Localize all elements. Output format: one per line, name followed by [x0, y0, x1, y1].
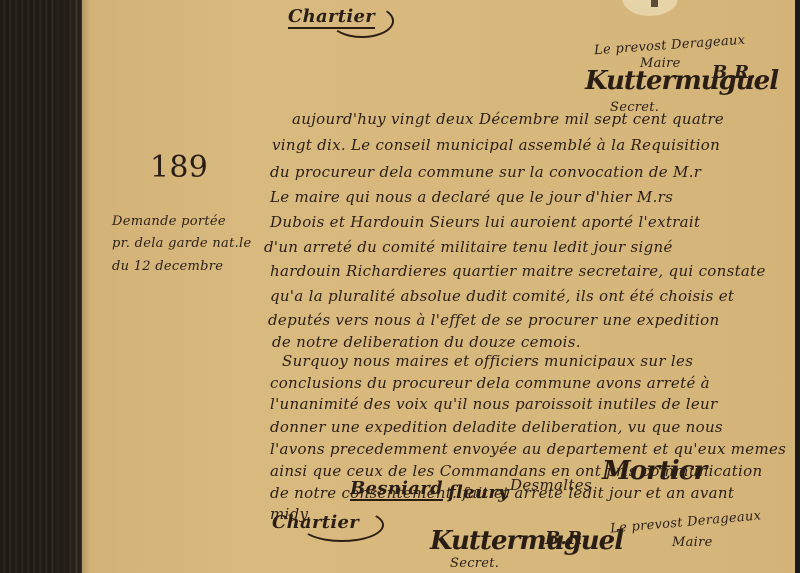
- body-line: Dubois et Hardouin Sieurs lui auroient a…: [270, 213, 700, 231]
- body-line: qu'a la pluralité absolue dudit comité, …: [270, 287, 734, 305]
- signature-large-bottom: Kuttermuguel: [430, 526, 623, 556]
- signature-prevost-top: Le prevost Derageaux: [594, 33, 746, 59]
- signature-initials-bottom: B.R.: [545, 528, 589, 549]
- margin-note-line1: Demande portée: [112, 214, 226, 229]
- body-line: du procureur dela commune sur la convoca…: [270, 163, 701, 181]
- signature-fleury: fleury: [448, 482, 509, 503]
- signature-prevost-bottom: Le prevost Derageaux: [610, 508, 762, 536]
- page-notch: [622, 0, 678, 16]
- body-line: de notre deliberation du douze cemois.: [272, 333, 581, 351]
- body-line: Le maire qui nous a declaré que le jour …: [270, 188, 673, 206]
- body-line: l'unanimité des voix qu'il nous paroisso…: [270, 395, 717, 413]
- entry-number: 189: [150, 150, 208, 185]
- document-page: Chartier Le prevost Derageaux Maire Kutt…: [0, 0, 800, 573]
- notch-mark: [651, 0, 658, 7]
- body-line: l'avons precedemment envoyée au departem…: [270, 440, 786, 458]
- margin-note-line3: du 12 decembre: [112, 259, 223, 274]
- body-line: deputés vers nous à l'effet de se procur…: [268, 311, 719, 329]
- body-line: d'un arreté du comité militaire tenu led…: [264, 238, 673, 256]
- margin-note-line2: pr. dela garde nat.le: [112, 236, 252, 251]
- signature-desmaltes: Desmaltes: [510, 476, 592, 494]
- binding-fade: [55, 0, 90, 573]
- flourish-icon: [300, 508, 384, 542]
- body-line: vingt dix. Le conseil municipal assemblé…: [272, 136, 720, 154]
- body-line: conclusions du procureur dela commune av…: [270, 374, 710, 392]
- signature-initials-top: B.R.: [712, 62, 756, 83]
- signature-morticr: Morticr: [602, 456, 706, 486]
- body-line: hardouin Richardieres quartier maitre se…: [270, 262, 766, 280]
- body-line: aujourd'huy vingt deux Décembre mil sept…: [292, 110, 724, 128]
- signature-besniard: Besniard: [350, 478, 443, 501]
- signature-secret-bottom: Secret.: [450, 556, 499, 571]
- body-line: Surquoy nous maires et officiers municip…: [282, 352, 693, 370]
- body-line: donner une expedition deladite deliberat…: [270, 418, 723, 436]
- flourish-icon: [330, 4, 394, 38]
- page-right-edge: [795, 0, 800, 573]
- signature-maire-bottom: Maire: [672, 535, 713, 550]
